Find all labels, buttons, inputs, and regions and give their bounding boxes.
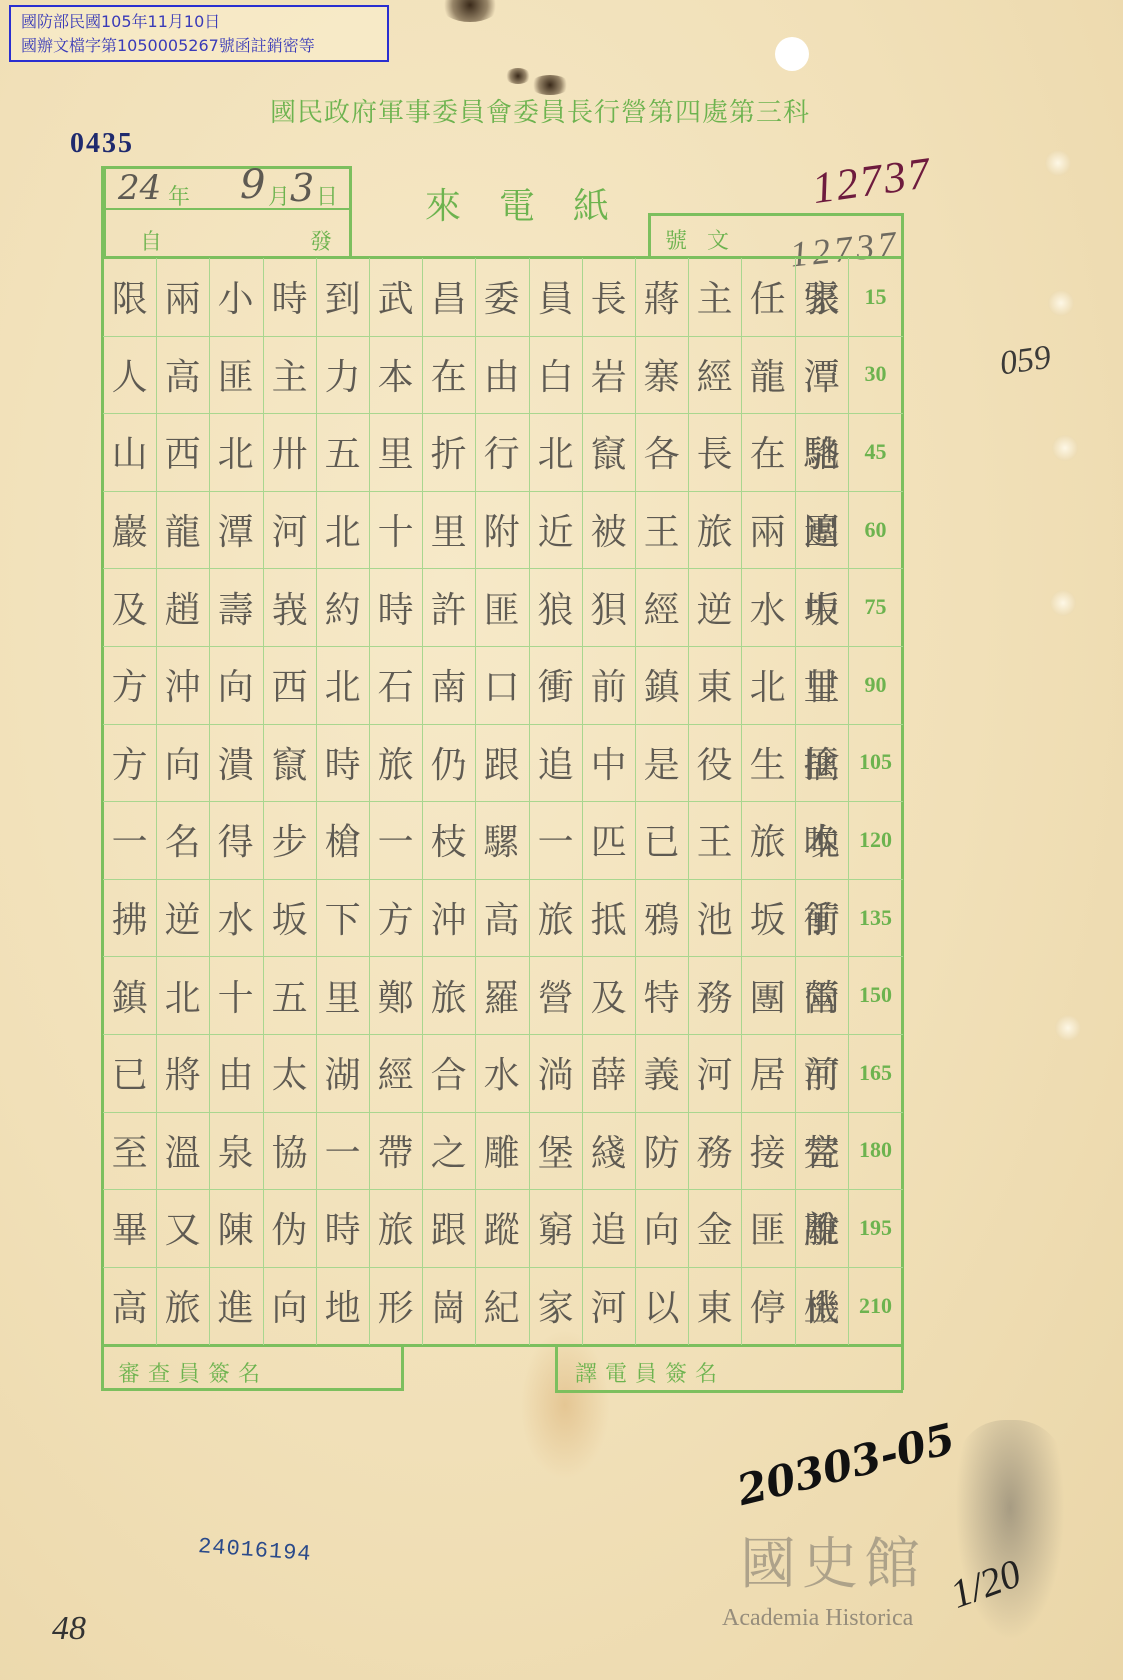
grid-cell: 口 (475, 646, 528, 724)
grid-cell: 行 (475, 413, 528, 491)
grid-cell: 寨 (635, 336, 688, 414)
serial-number: 0435 (70, 128, 134, 160)
grid-cell: 里 (316, 956, 369, 1034)
grid-cell: 由 (209, 1034, 262, 1112)
row-count: 60 (848, 491, 903, 569)
grid-cell: 高 (156, 336, 209, 414)
grid-cell: 紀 (475, 1267, 528, 1345)
grid-cell: 匪 (741, 1189, 794, 1267)
ink-blot (440, 0, 500, 22)
grid-cell: 匪 (475, 568, 528, 646)
grid-cell: 西 (156, 413, 209, 491)
grid-cell: 旅 (688, 491, 741, 569)
grid-cell: 潭 (209, 491, 262, 569)
grid-cell: 岩 (582, 336, 635, 414)
grid-cell: 巖 (103, 491, 156, 569)
grid-cell: 主 (688, 258, 741, 336)
grid-cell: 特 (635, 956, 688, 1034)
grid-cell: 經 (635, 568, 688, 646)
grid-cell: 陳 (209, 1189, 262, 1267)
grid-cell: 力 (316, 336, 369, 414)
grid-cell: 東 (688, 646, 741, 724)
grid-row: 鎮 北 十 五 里 鄭 旅 羅 營 及 特 務 團 兩 150 (103, 956, 903, 1034)
grid-cell: 沖 (422, 879, 475, 957)
grid-cell: 在 (741, 413, 794, 491)
grid-cell: 潭 (795, 336, 848, 414)
paper-dimple (1045, 150, 1071, 176)
grid-cell: 東 (688, 1267, 741, 1345)
grid-cell: 接 (741, 1112, 794, 1190)
grid-cell: 畢 (103, 1189, 156, 1267)
grid-cell: 雕 (475, 1112, 528, 1190)
grid-cell: 及 (103, 568, 156, 646)
grid-row: 及 趙 壽 峩 約 時 許 匪 狼 狽 經 逆 水 坂 75 (103, 568, 903, 646)
grid-cell: 長 (688, 413, 741, 491)
grid-cell: 龍 (156, 491, 209, 569)
grid-cell: 水 (209, 879, 262, 957)
row-count: 75 (848, 568, 903, 646)
grid-cell: 昌 (422, 258, 475, 336)
grid-cell: 跟 (475, 724, 528, 802)
grid-row: 拂 逆 水 坂 下 方 沖 高 旅 抵 鴉 池 坂 衝 135 (103, 879, 903, 957)
grid-cell: 坂 (263, 879, 316, 957)
date-day-handwritten: 3 (290, 166, 314, 210)
grid-cell: 許 (422, 568, 475, 646)
grid-cell: 河 (582, 1267, 635, 1345)
grid-cell: 前 (795, 879, 848, 957)
grid-cell: 到 (316, 258, 369, 336)
grid-cell: 逆 (156, 879, 209, 957)
grid-cell: 旅 (369, 724, 422, 802)
form-title: 來電紙 (425, 178, 647, 229)
grid-row: 山 西 北 卅 五 里 折 行 北 竄 各 長 在 駱 45 (103, 413, 903, 491)
notice-line-2: 國辦文檔字第1050005267號函註銷密等 (21, 34, 387, 58)
grid-cell: 停 (741, 1267, 794, 1345)
grid-cell: 匪 (795, 724, 848, 802)
grid-cell: 十 (209, 956, 262, 1034)
grid-cell: 方 (103, 646, 156, 724)
from-label: 自 (140, 225, 162, 256)
grid-cell: 人 (103, 336, 156, 414)
paper-dimple (1052, 435, 1078, 461)
grid-cell: 石 (369, 646, 422, 724)
grid-cell: 已 (635, 801, 688, 879)
grid-cell: 完 (795, 1112, 848, 1190)
grid-cell: 水 (475, 1034, 528, 1112)
grid-cell: 王 (635, 491, 688, 569)
row-count: 90 (848, 646, 903, 724)
grid-cell: 薛 (582, 1034, 635, 1112)
grid-cell: 鄭 (369, 956, 422, 1034)
grid-cell: 下 (316, 879, 369, 957)
translator-signature: 20303-05 (732, 1414, 959, 1515)
archive-stamp-number: 24016194 (197, 1534, 312, 1567)
grid-cell: 堡 (529, 1112, 582, 1190)
grid-cell: 騾 (475, 801, 528, 879)
grid-cell: 向 (209, 646, 262, 724)
grid-cell: 逆 (688, 568, 741, 646)
grid-cell: 追 (795, 491, 848, 569)
grid-cell: 河 (263, 491, 316, 569)
grid-row: 一 名 得 步 槍 一 枝 騾 一 匹 已 王 旅 本 120 (103, 801, 903, 879)
day-label: 日 (316, 180, 338, 211)
grid-cell: 趙 (156, 568, 209, 646)
grid-cell: 以 (635, 1267, 688, 1345)
grid-cell: 枝 (422, 801, 475, 879)
grid-cell: 時 (369, 568, 422, 646)
grid-cell: 崗 (422, 1267, 475, 1345)
grid-cell: 向 (263, 1267, 316, 1345)
grid-cell: 王 (688, 801, 741, 879)
grid-cell: 旅 (741, 801, 794, 879)
grid-cell: 河 (688, 1034, 741, 1112)
grid-cell: 防 (635, 1112, 688, 1190)
grid-cell: 離 (795, 1189, 848, 1267)
grid-cell: 西 (263, 646, 316, 724)
grid-cell: 池 (688, 879, 741, 957)
grid-cell: 五 (263, 956, 316, 1034)
paper-dimple (1050, 590, 1076, 616)
grid-cell: 沖 (156, 646, 209, 724)
row-count: 210 (848, 1267, 903, 1345)
punch-hole (775, 37, 809, 71)
grid-cell: 抵 (582, 879, 635, 957)
row-count: 45 (848, 413, 903, 491)
grid-cell: 一 (369, 801, 422, 879)
declassification-notice: 國防部民國105年11月10日 國辦文檔字第1050005267號函註銷密等 (9, 5, 389, 62)
grid-cell: 方 (369, 879, 422, 957)
grid-cell: 將 (156, 1034, 209, 1112)
grid-cell: 衝 (529, 646, 582, 724)
grid-cell: 一 (529, 801, 582, 879)
grid-cell: 鎮 (103, 956, 156, 1034)
grid-cell: 里 (369, 413, 422, 491)
grid-cell: 峩 (263, 568, 316, 646)
grid-cell: 溫 (156, 1112, 209, 1190)
grid-cell: 時 (316, 724, 369, 802)
grid-cell: 坂 (741, 879, 794, 957)
grid-cell: 追 (582, 1189, 635, 1267)
grid-cell: 北 (741, 646, 794, 724)
grid-cell: 是 (635, 724, 688, 802)
watermark-english: Academia Historica (722, 1605, 913, 1632)
grid-cell: 一 (103, 801, 156, 879)
grid-cell: 狼 (529, 568, 582, 646)
notice-line-1: 國防部民國105年11月10日 (21, 10, 387, 34)
row-count: 105 (848, 724, 903, 802)
date-month-handwritten: 9 (240, 162, 265, 208)
grid-cell: 由 (475, 336, 528, 414)
grid-cell: 折 (422, 413, 475, 491)
grid-cell: 白 (529, 336, 582, 414)
stamped-number: 12737 (809, 147, 935, 214)
grid-cell: 槍 (316, 801, 369, 879)
grid-cell: 兩 (741, 491, 794, 569)
send-label: 發 (310, 225, 332, 256)
grid-cell: 淌 (529, 1034, 582, 1112)
grid-cell: 綫 (582, 1112, 635, 1190)
grid-cell: 進 (209, 1267, 262, 1345)
grid-cell: 營 (529, 956, 582, 1034)
grid-cell: 居 (741, 1034, 794, 1112)
grid-row: 限 兩 小 時 到 武 昌 委 員 長 蔣 主 任 張 15 (103, 258, 903, 336)
grid-row: 至 溫 泉 協 一 帶 之 雕 堡 綫 防 務 接 替 180 (103, 1112, 903, 1190)
grid-cell: 鴉 (635, 879, 688, 957)
water-stain (520, 1330, 610, 1480)
grid-cell: 旅 (529, 879, 582, 957)
watermark-chinese: 國史館 (740, 1520, 926, 1600)
grid-cell: 任 (741, 258, 794, 336)
grid-row: 巖 龍 潭 河 北 十 里 附 近 被 王 旅 兩 團 60 (103, 491, 903, 569)
grid-cell: 壽 (209, 568, 262, 646)
row-count: 135 (848, 879, 903, 957)
grid-cell: 仍 (422, 724, 475, 802)
grid-cell: 務 (688, 956, 741, 1034)
grid-cell: 北 (316, 646, 369, 724)
paper-dimple (1055, 1015, 1081, 1041)
grid-cell: 北 (529, 413, 582, 491)
grid-cell: 生 (741, 724, 794, 802)
date-year-handwritten: 24 (118, 168, 161, 208)
grid-cell: 形 (369, 1267, 422, 1345)
grid-cell: 蔣 (635, 258, 688, 336)
grid-cell: 馳 (795, 413, 848, 491)
reviewer-signature-label: 審查員簽名 (118, 1357, 268, 1388)
grid-cell: 前 (582, 646, 635, 724)
grid-cell: 委 (475, 258, 528, 336)
grid-cell: 潰 (209, 724, 262, 802)
grid-cell: 家 (529, 1267, 582, 1345)
grid-cell: 竄 (263, 724, 316, 802)
grid-cell: 里 (795, 646, 848, 724)
grid-cell: 時 (316, 1189, 369, 1267)
row-count: 165 (848, 1034, 903, 1112)
grid-cell: 跟 (422, 1189, 475, 1267)
grid-cell: 家 (795, 258, 848, 336)
grid-cell: 中 (795, 568, 848, 646)
grid-cell: 北 (156, 956, 209, 1034)
telegram-grid: 限 兩 小 時 到 武 昌 委 員 長 蔣 主 任 張 15 人 高 匪 主 力… (103, 258, 903, 1345)
grid-cell: 匹 (582, 801, 635, 879)
grid-cell: 兩 (156, 258, 209, 336)
grid-cell: 拂 (103, 879, 156, 957)
grid-cell: 南 (422, 646, 475, 724)
grid-row: 方 沖 向 西 北 石 南 口 衝 前 鎮 東 北 廿 90 (103, 646, 903, 724)
grid-cell: 里 (422, 491, 475, 569)
grid-row: 高 旅 進 向 地 形 崗 紀 家 河 以 東 停 止 210 (103, 1267, 903, 1345)
grid-cell: 泉 (209, 1112, 262, 1190)
grid-cell: 龍 (741, 336, 794, 414)
month-label: 月 (268, 180, 290, 211)
row-count: 180 (848, 1112, 903, 1190)
grid-cell: 蹤 (475, 1189, 528, 1267)
grid-cell: 高 (103, 1267, 156, 1345)
grid-cell: 匪 (209, 336, 262, 414)
grid-cell: 晚 (795, 801, 848, 879)
grid-cell: 約 (316, 568, 369, 646)
grid-row: 人 高 匪 主 力 本 在 由 白 岩 寨 經 龍 潭 30 (103, 336, 903, 414)
grid-cell: 太 (263, 1034, 316, 1112)
grid-cell: 本 (369, 336, 422, 414)
grid-cell: 長 (582, 258, 635, 336)
grid-cell: 羅 (475, 956, 528, 1034)
grid-cell: 役 (688, 724, 741, 802)
grid-cell: 方 (103, 724, 156, 802)
grid-cell: 旅 (369, 1189, 422, 1267)
grid-cell: 地 (316, 1267, 369, 1345)
year-label: 年 (168, 180, 190, 211)
grid-cell: 合 (422, 1034, 475, 1112)
grid-cell: 武 (369, 258, 422, 336)
grid-cell: 經 (688, 336, 741, 414)
row-count: 30 (848, 336, 903, 414)
ink-blot (505, 68, 531, 84)
grid-cell: 追 (529, 724, 582, 802)
grid-cell: 限 (103, 258, 156, 336)
grid-cell: 向 (635, 1189, 688, 1267)
grid-cell: 營 (795, 956, 848, 1034)
grid-cell: 機 (795, 1267, 848, 1345)
doc-number-label: 號文 (665, 224, 749, 255)
grid-cell: 義 (635, 1034, 688, 1112)
grid-cell: 主 (263, 336, 316, 414)
row-count: 15 (848, 258, 903, 336)
grid-cell: 近 (529, 491, 582, 569)
agency-title: 國民政府軍事委員會委員長行營第四處第三科 (200, 92, 880, 129)
grid-cell: 窮 (529, 1189, 582, 1267)
row-count: 195 (848, 1189, 903, 1267)
grid-cell: 竄 (582, 413, 635, 491)
grid-cell: 金 (688, 1189, 741, 1267)
grid-cell: 各 (635, 413, 688, 491)
grid-cell: 伪 (263, 1189, 316, 1267)
grid-cell: 北 (209, 413, 262, 491)
grid-cell: 名 (156, 801, 209, 879)
grid-cell: 鎮 (635, 646, 688, 724)
grid-cell: 又 (156, 1189, 209, 1267)
grid-cell: 時 (263, 258, 316, 336)
grid-cell: 在 (422, 336, 475, 414)
row-count: 150 (848, 956, 903, 1034)
grid-cell: 經 (369, 1034, 422, 1112)
paper-dimple (1048, 290, 1074, 316)
grid-cell: 團 (741, 956, 794, 1034)
grid-cell: 務 (688, 1112, 741, 1190)
grid-row: 方 向 潰 竄 時 旅 仍 跟 追 中 是 役 生 擒 105 (103, 724, 903, 802)
grid-cell: 附 (475, 491, 528, 569)
grid-cell: 旅 (422, 956, 475, 1034)
grid-cell: 已 (103, 1034, 156, 1112)
row-count: 120 (848, 801, 903, 879)
grid-cell: 至 (103, 1112, 156, 1190)
translator-signature-label: 譯電員簽名 (575, 1357, 725, 1388)
grid-cell: 向 (156, 724, 209, 802)
grid-cell: 協 (263, 1112, 316, 1190)
grid-cell: 湖 (316, 1034, 369, 1112)
grid-row: 畢 又 陳 伪 時 旅 跟 蹤 窮 追 向 金 匪 脫 195 (103, 1189, 903, 1267)
grid-cell: 卅 (263, 413, 316, 491)
grid-cell: 河 (795, 1034, 848, 1112)
grid-cell: 之 (422, 1112, 475, 1190)
grid-cell: 十 (369, 491, 422, 569)
grid-cell: 高 (475, 879, 528, 957)
grid-cell: 中 (582, 724, 635, 802)
grid-row: 已 將 由 太 湖 經 合 水 淌 薛 義 河 居 前 165 (103, 1034, 903, 1112)
grid-cell: 得 (209, 801, 262, 879)
side-note: 059 (998, 339, 1054, 384)
grid-cell: 北 (316, 491, 369, 569)
grid-cell: 及 (582, 956, 635, 1034)
grid-cell: 步 (263, 801, 316, 879)
grid-cell: 被 (582, 491, 635, 569)
grid-cell: 一 (316, 1112, 369, 1190)
grid-cell: 旅 (156, 1267, 209, 1345)
grid-cell: 員 (529, 258, 582, 336)
page-number-note: 48 (52, 1610, 86, 1648)
grid-cell: 小 (209, 258, 262, 336)
grid-cell: 水 (741, 568, 794, 646)
grid-cell: 山 (103, 413, 156, 491)
grid-cell: 帶 (369, 1112, 422, 1190)
grid-cell: 五 (316, 413, 369, 491)
grid-cell: 狽 (582, 568, 635, 646)
